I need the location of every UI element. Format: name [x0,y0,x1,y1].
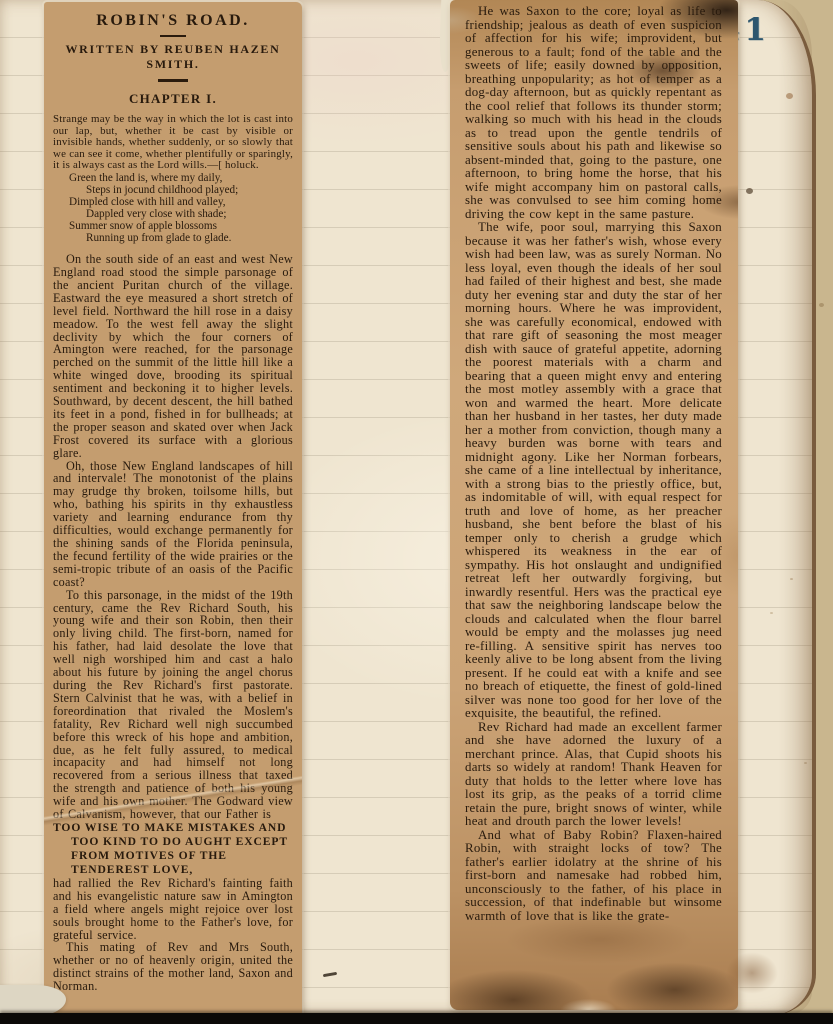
stain [726,952,778,994]
poem: Green the land is, where my daily,Steps … [69,172,293,245]
article-byline: WRITTEN BY REUBEN HAZEN SMITH. [53,42,293,72]
epigraph: Strange may be the way in which the lot … [53,114,293,172]
poem-line: Summer snow of apple blossoms [69,220,293,232]
newspaper-clipping-right: He was Saxon to the core; loyal as life … [450,0,738,1010]
article-paragraph: He was Saxon to the core; loyal as life … [465,5,722,221]
article-body-left: On the south side of an east and west Ne… [53,253,293,821]
newspaper-clipping-left: ROBIN'S ROAD. WRITTEN BY REUBEN HAZEN SM… [44,2,302,1016]
article-body-left-continued: had rallied the Rev Richard's fainting f… [53,877,293,993]
divider-rule [158,79,188,82]
article-paragraph: Rev Richard had made an excellent farmer… [465,721,722,829]
scanned-scrapbook-page: { "page": { "number": "141" }, "clipping… [0,0,833,1024]
divider-rule [160,35,186,37]
article-paragraph: Oh, those New England landscapes of hill… [53,460,293,589]
scan-edge [0,1013,833,1024]
article-paragraph: The wife, poor soul, marrying this Saxon… [465,221,722,721]
poem-line: Dimpled close with hill and valley, [69,196,293,208]
chapter-heading: CHAPTER I. [53,91,293,107]
pull-quote: TOO WISE TO MAKE MISTAKES AND TOO KIND T… [53,821,293,877]
article-paragraph: And what of Baby Robin? Flaxen-haired Ro… [465,829,722,924]
foxing-spots [746,188,753,194]
article-paragraph: This mating of Rev and Mrs South, whethe… [53,941,293,993]
poem-line: Green the land is, where my daily, [69,172,293,184]
pen-mark [323,972,337,977]
article-title: ROBIN'S ROAD. [53,12,293,30]
article-paragraph: had rallied the Rev Richard's fainting f… [53,877,293,942]
article-paragraph: To this parsonage, in the midst of the 1… [53,589,293,821]
ledger-page: 141 ROBIN'S ROAD. WRITTEN BY REUBEN HAZE… [0,0,816,1016]
poem-line: Steps in jocund childhood played; [69,184,293,196]
article-body-right: He was Saxon to the core; loyal as life … [465,5,722,923]
poem-line: Dappled very close with shade; [69,208,293,220]
poem-line: Running up from glade to glade. [69,232,293,244]
article-paragraph: On the south side of an east and west Ne… [53,253,293,460]
